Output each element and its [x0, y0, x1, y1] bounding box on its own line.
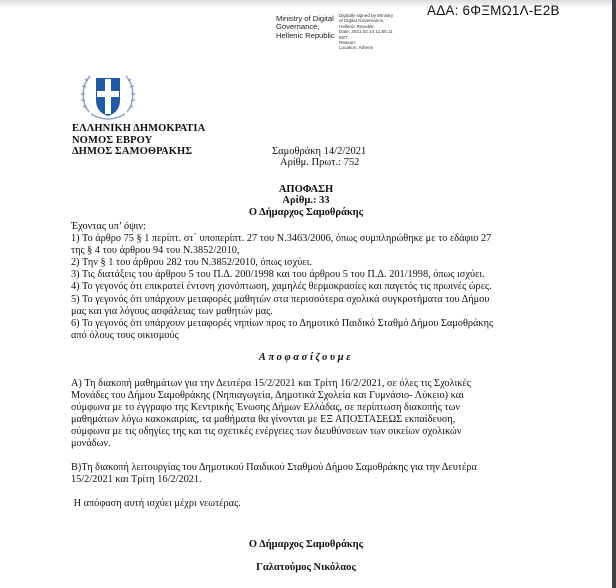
issuer-line-prefecture: ΝΟΜΟΣ ΕΒΡΟΥ — [72, 135, 152, 146]
decision-a-line: σύμφωνα με το έγγραφο της Κεντρικής Ένωσ… — [71, 402, 460, 413]
consideration-line: μας και για λόγους ασφάλειας των μαθητών… — [71, 306, 273, 317]
decision-b-line: Β)Τη διακοπή λειτουργίας του Δημοτικού Π… — [71, 462, 477, 473]
consideration-line: 4) Το γεγονός ότι επικρατεί έντονη χιονό… — [71, 281, 492, 292]
place-date: Σαμοθράκη 14/2/2021 — [272, 146, 366, 157]
decision-b-line: 15/2/2021 και Τρίτη 16/2/2021. — [71, 474, 202, 485]
consideration-line: από όλους τους οικισμούς — [71, 330, 179, 341]
signer-line: Hellenic Republic — [276, 32, 335, 40]
decision-number: Αρίθμ.: 33 — [0, 195, 612, 206]
consideration-line: 6) Το γεγονός ότι υπάρχουν μεταφορές νηπ… — [71, 318, 493, 329]
considerations-intro: Έχοντας υπ’ όψιν: — [71, 221, 146, 232]
sig-detail-line: Location: Athens — [339, 45, 409, 50]
consideration-line: 3) Τις διατάξεις του άρθρου 5 του Π.Δ. 2… — [71, 269, 485, 280]
validity-note: Η απόφαση αυτή ισχύει μέχρι νεωτέρας. — [71, 498, 241, 509]
decision-a-line: μονάδων. — [71, 438, 111, 449]
consideration-line: της § 4 του άρθρου 94 του Ν.3852/2010, — [71, 245, 239, 256]
protocol-number: Αρίθμ. Πρωτ.: 752 — [280, 157, 359, 168]
consideration-line: 2) Την § 1 του άρθρου 282 του Ν.3852/201… — [71, 257, 312, 268]
document-type: ΑΠΟΦΑΣΗ — [0, 184, 612, 195]
decision-a-line: Α) Τη διακοπή μαθημάτων για την Δευτέρα … — [71, 378, 471, 389]
decision-a-line: μαθημάτων λόγω κακοκαιρίας, τα μαθήματα … — [71, 414, 455, 425]
decision-issuer: Ο Δήμαρχος Σαμοθράκης — [0, 207, 612, 218]
digital-signer: Ministry of Digital Governance, Hellenic… — [276, 15, 335, 40]
viewer-scrollbar[interactable] — [612, 0, 616, 588]
decision-a-line: σύμφωνα με τις οδηγίες της και τις σχετι… — [71, 426, 461, 437]
hellenic-emblem-icon — [79, 68, 137, 124]
ada-code: ΑΔΑ: 6ΦΞΜΩ1Λ-Ε2Β — [427, 3, 560, 18]
decision-a-line: Μονάδες του Δήμου Σαμοθράκης (Νηπιαγωγεί… — [71, 390, 464, 401]
issuer-line-republic: ΕΛΛΗΝΙΚΗ ΔΗΜΟΚΡΑΤΙΑ — [72, 123, 205, 134]
signature-name: Γαλατούμος Νικόλαος — [0, 562, 612, 573]
signature-role: Ο Δήμαρχος Σαμοθράκης — [0, 539, 612, 550]
signature-details[interactable]: Digitally signed by Ministry of Digital … — [339, 13, 409, 51]
consideration-line: 5) Το γεγονός ότι υπάρχουν μεταφορές μαθ… — [71, 294, 489, 305]
issuer-line-municipality: ΔΗΜΟΣ ΣΑΜΟΘΡΑΚΗΣ — [72, 146, 192, 157]
decision-heading: Αποφασίζουμε — [0, 352, 612, 363]
consideration-line: 1) Το άρθρο 75 § 1 περίπτ. στ΄ υποπερίπτ… — [71, 233, 491, 244]
